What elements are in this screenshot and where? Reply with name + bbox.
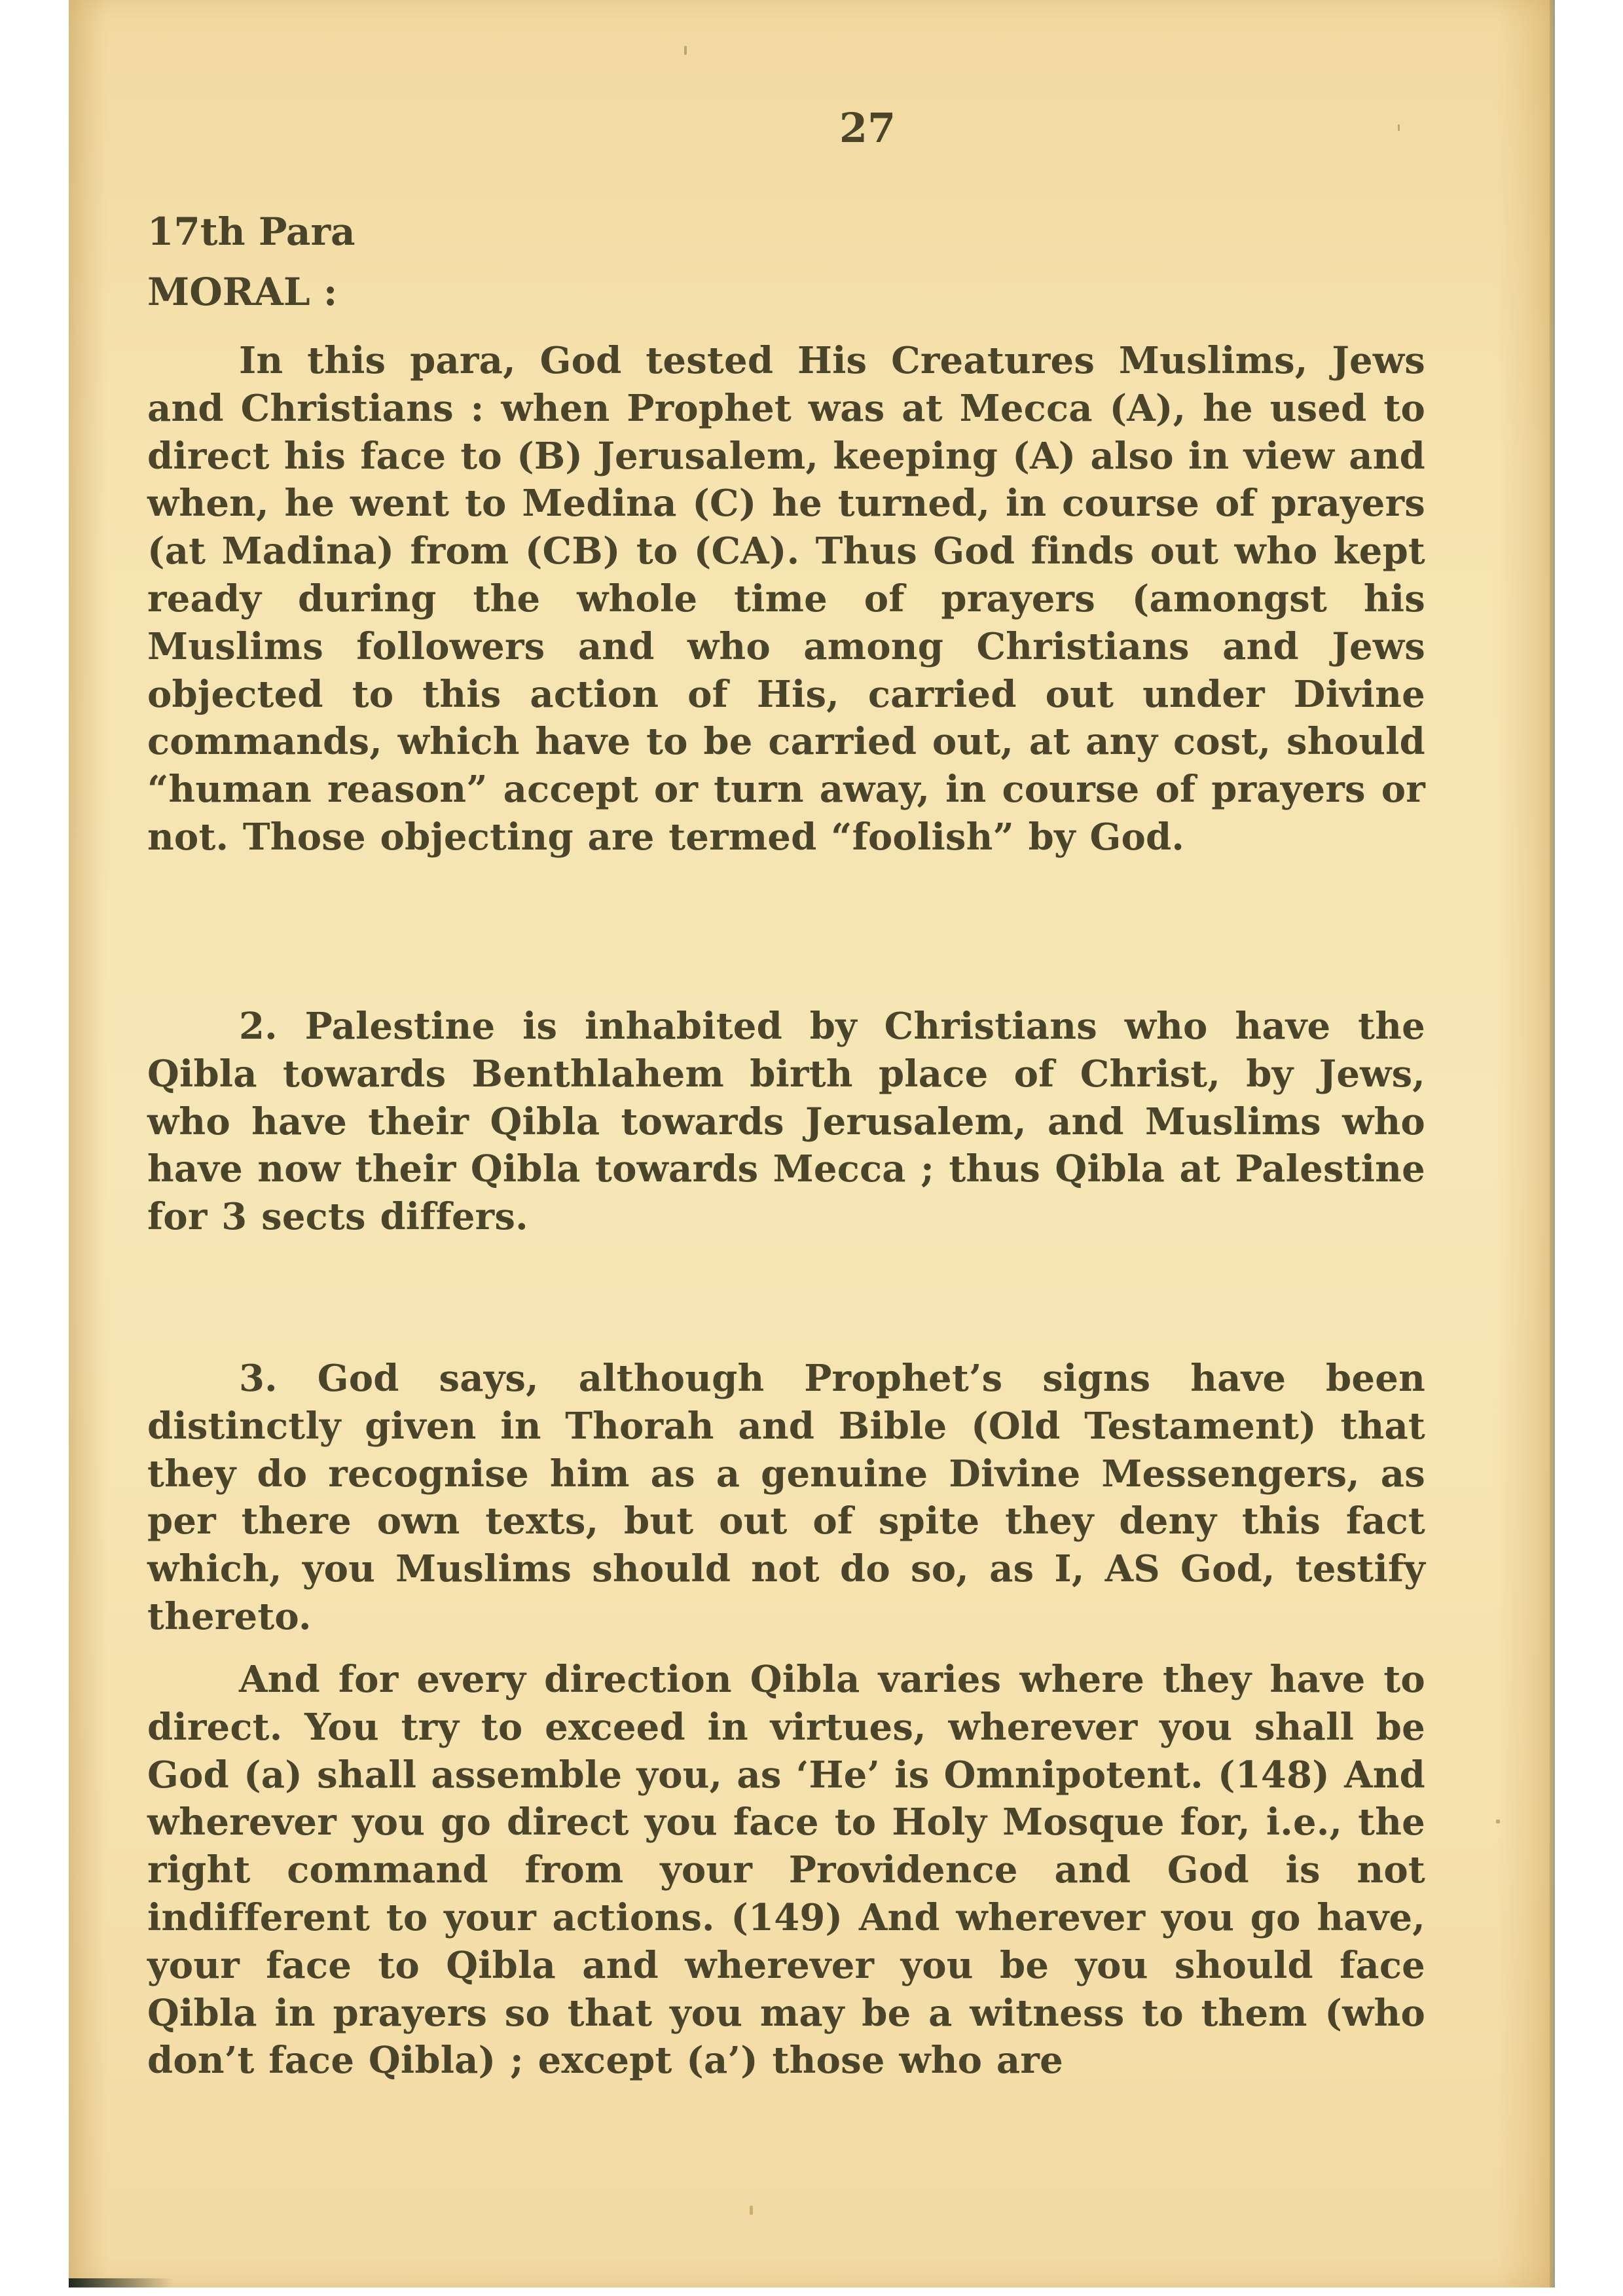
binding-shadow	[69, 2278, 173, 2287]
section-heading: 17th Para	[147, 208, 356, 256]
paper-speck	[684, 46, 687, 55]
paragraph-3-prophet-signs: 3. God says, although Prophet’s signs ha…	[147, 1355, 1425, 1641]
page-edge	[1550, 0, 1555, 2287]
scanned-book-page: 27 17th Para MORAL : In this para, God t…	[69, 0, 1555, 2287]
paragraph-qibla-directions: And for every direction Qibla varies whe…	[147, 1656, 1425, 2085]
paper-speck	[750, 2206, 753, 2215]
paragraph-moral: In this para, God tested His Creatures M…	[147, 337, 1425, 861]
paragraph-2-palestine: 2. Palestine is inhabited by Christians …	[147, 1003, 1425, 1241]
paper-speck	[1496, 1820, 1500, 1823]
moral-heading: MORAL :	[147, 268, 337, 316]
page-number: 27	[802, 105, 933, 152]
paper-speck	[1398, 124, 1400, 131]
